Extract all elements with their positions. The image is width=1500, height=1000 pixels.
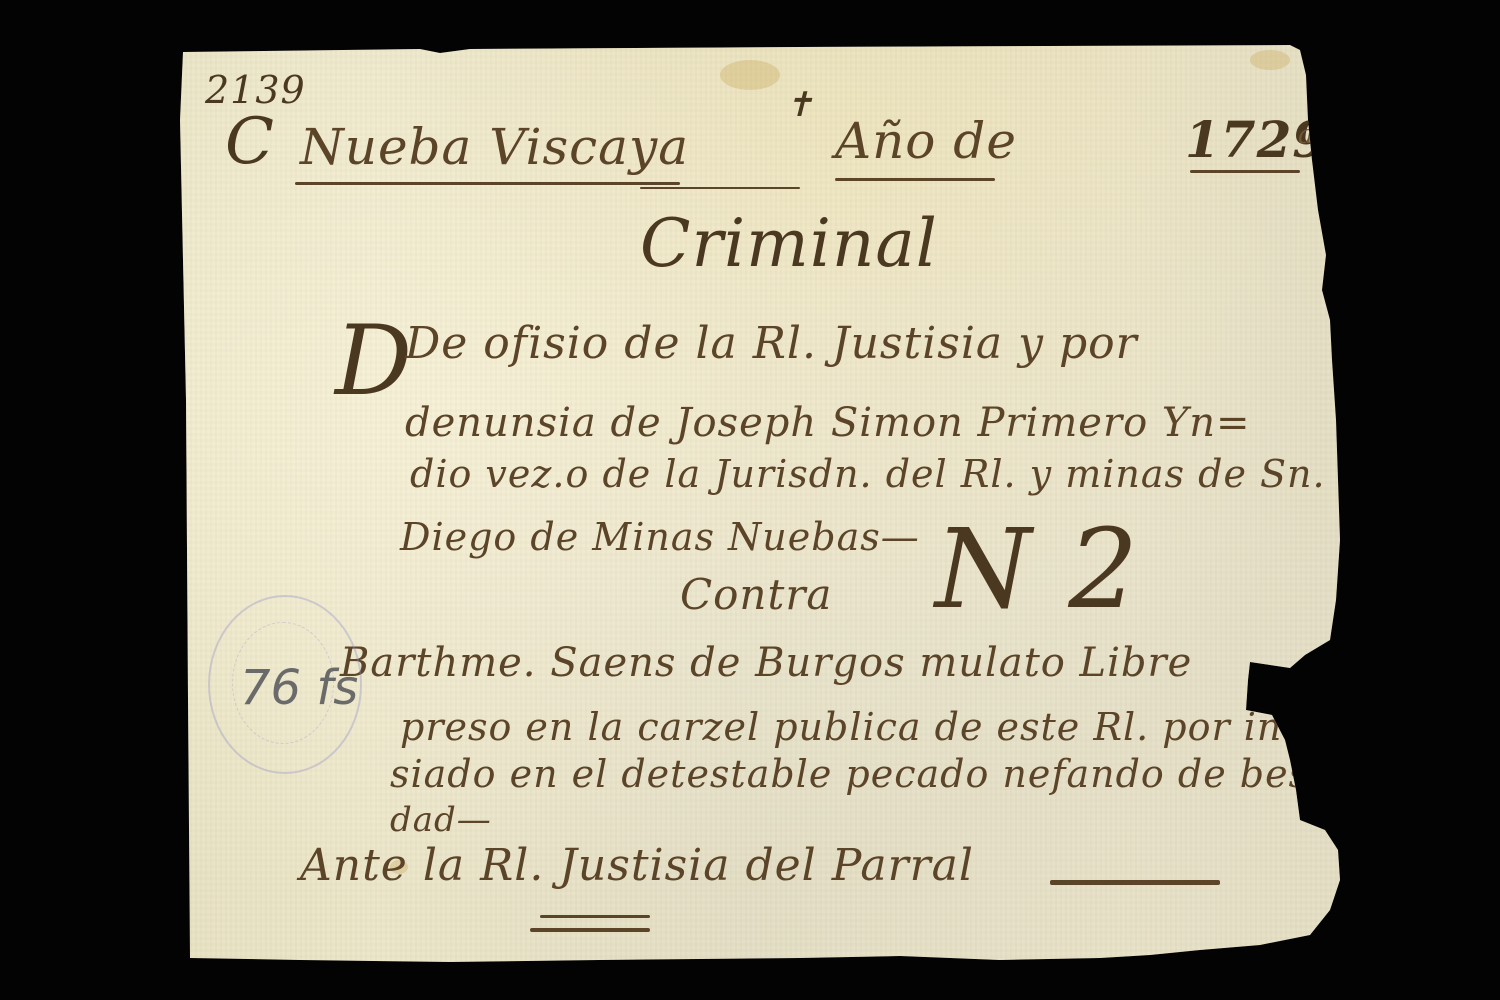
year-label: Año de <box>835 112 1017 170</box>
region-name: Nueba Viscaya <box>300 118 689 176</box>
body-line-3: dio vez.o de la Jurisdn. del Rl. y minas… <box>410 452 1326 496</box>
pencil-folio-note: 76 fs <box>240 660 358 716</box>
underline <box>295 182 680 185</box>
case-type: Criminal <box>640 205 938 282</box>
case-number: N 2 <box>935 505 1139 633</box>
authority-line: Ante la Rl. Justisia del Parral <box>300 840 974 891</box>
region-capital: C <box>225 105 275 179</box>
separator-line <box>640 187 800 189</box>
body-line-4: Diego de Minas Nuebas— <box>400 515 920 559</box>
rubric-stroke <box>530 928 650 932</box>
stain <box>1250 50 1290 70</box>
underline <box>1190 170 1300 173</box>
initial-capital-D: D <box>335 305 413 417</box>
paper-sheet: 2139 C Nueba Viscaya Año de 1729 a ✝ Cri… <box>0 0 1500 1000</box>
body-line-1: De ofisio de la Rl. Justisia y por <box>405 318 1138 369</box>
body-line-contra: Contra <box>680 570 832 619</box>
body-line-2: denunsia de Joseph Simon Primero Yn= <box>405 400 1251 446</box>
flourish-tail <box>1050 880 1220 885</box>
underline <box>835 178 995 181</box>
defendant-line-2: preso en la carzel publica de este Rl. p… <box>400 705 1282 749</box>
manuscript-photo: 2139 C Nueba Viscaya Año de 1729 a ✝ Cri… <box>0 0 1500 1000</box>
defendant-line-4: dad— <box>390 800 492 840</box>
cross-mark: ✝ <box>785 85 815 125</box>
rubric-stroke <box>540 915 650 918</box>
defendant-line-1: Barthme. Saens de Burgos mulato Libre <box>340 640 1192 686</box>
year-suffix: a <box>1298 120 1315 150</box>
defendant-line-3: siado en el detestable pecado nefando de… <box>390 752 1375 796</box>
stain <box>720 60 780 90</box>
